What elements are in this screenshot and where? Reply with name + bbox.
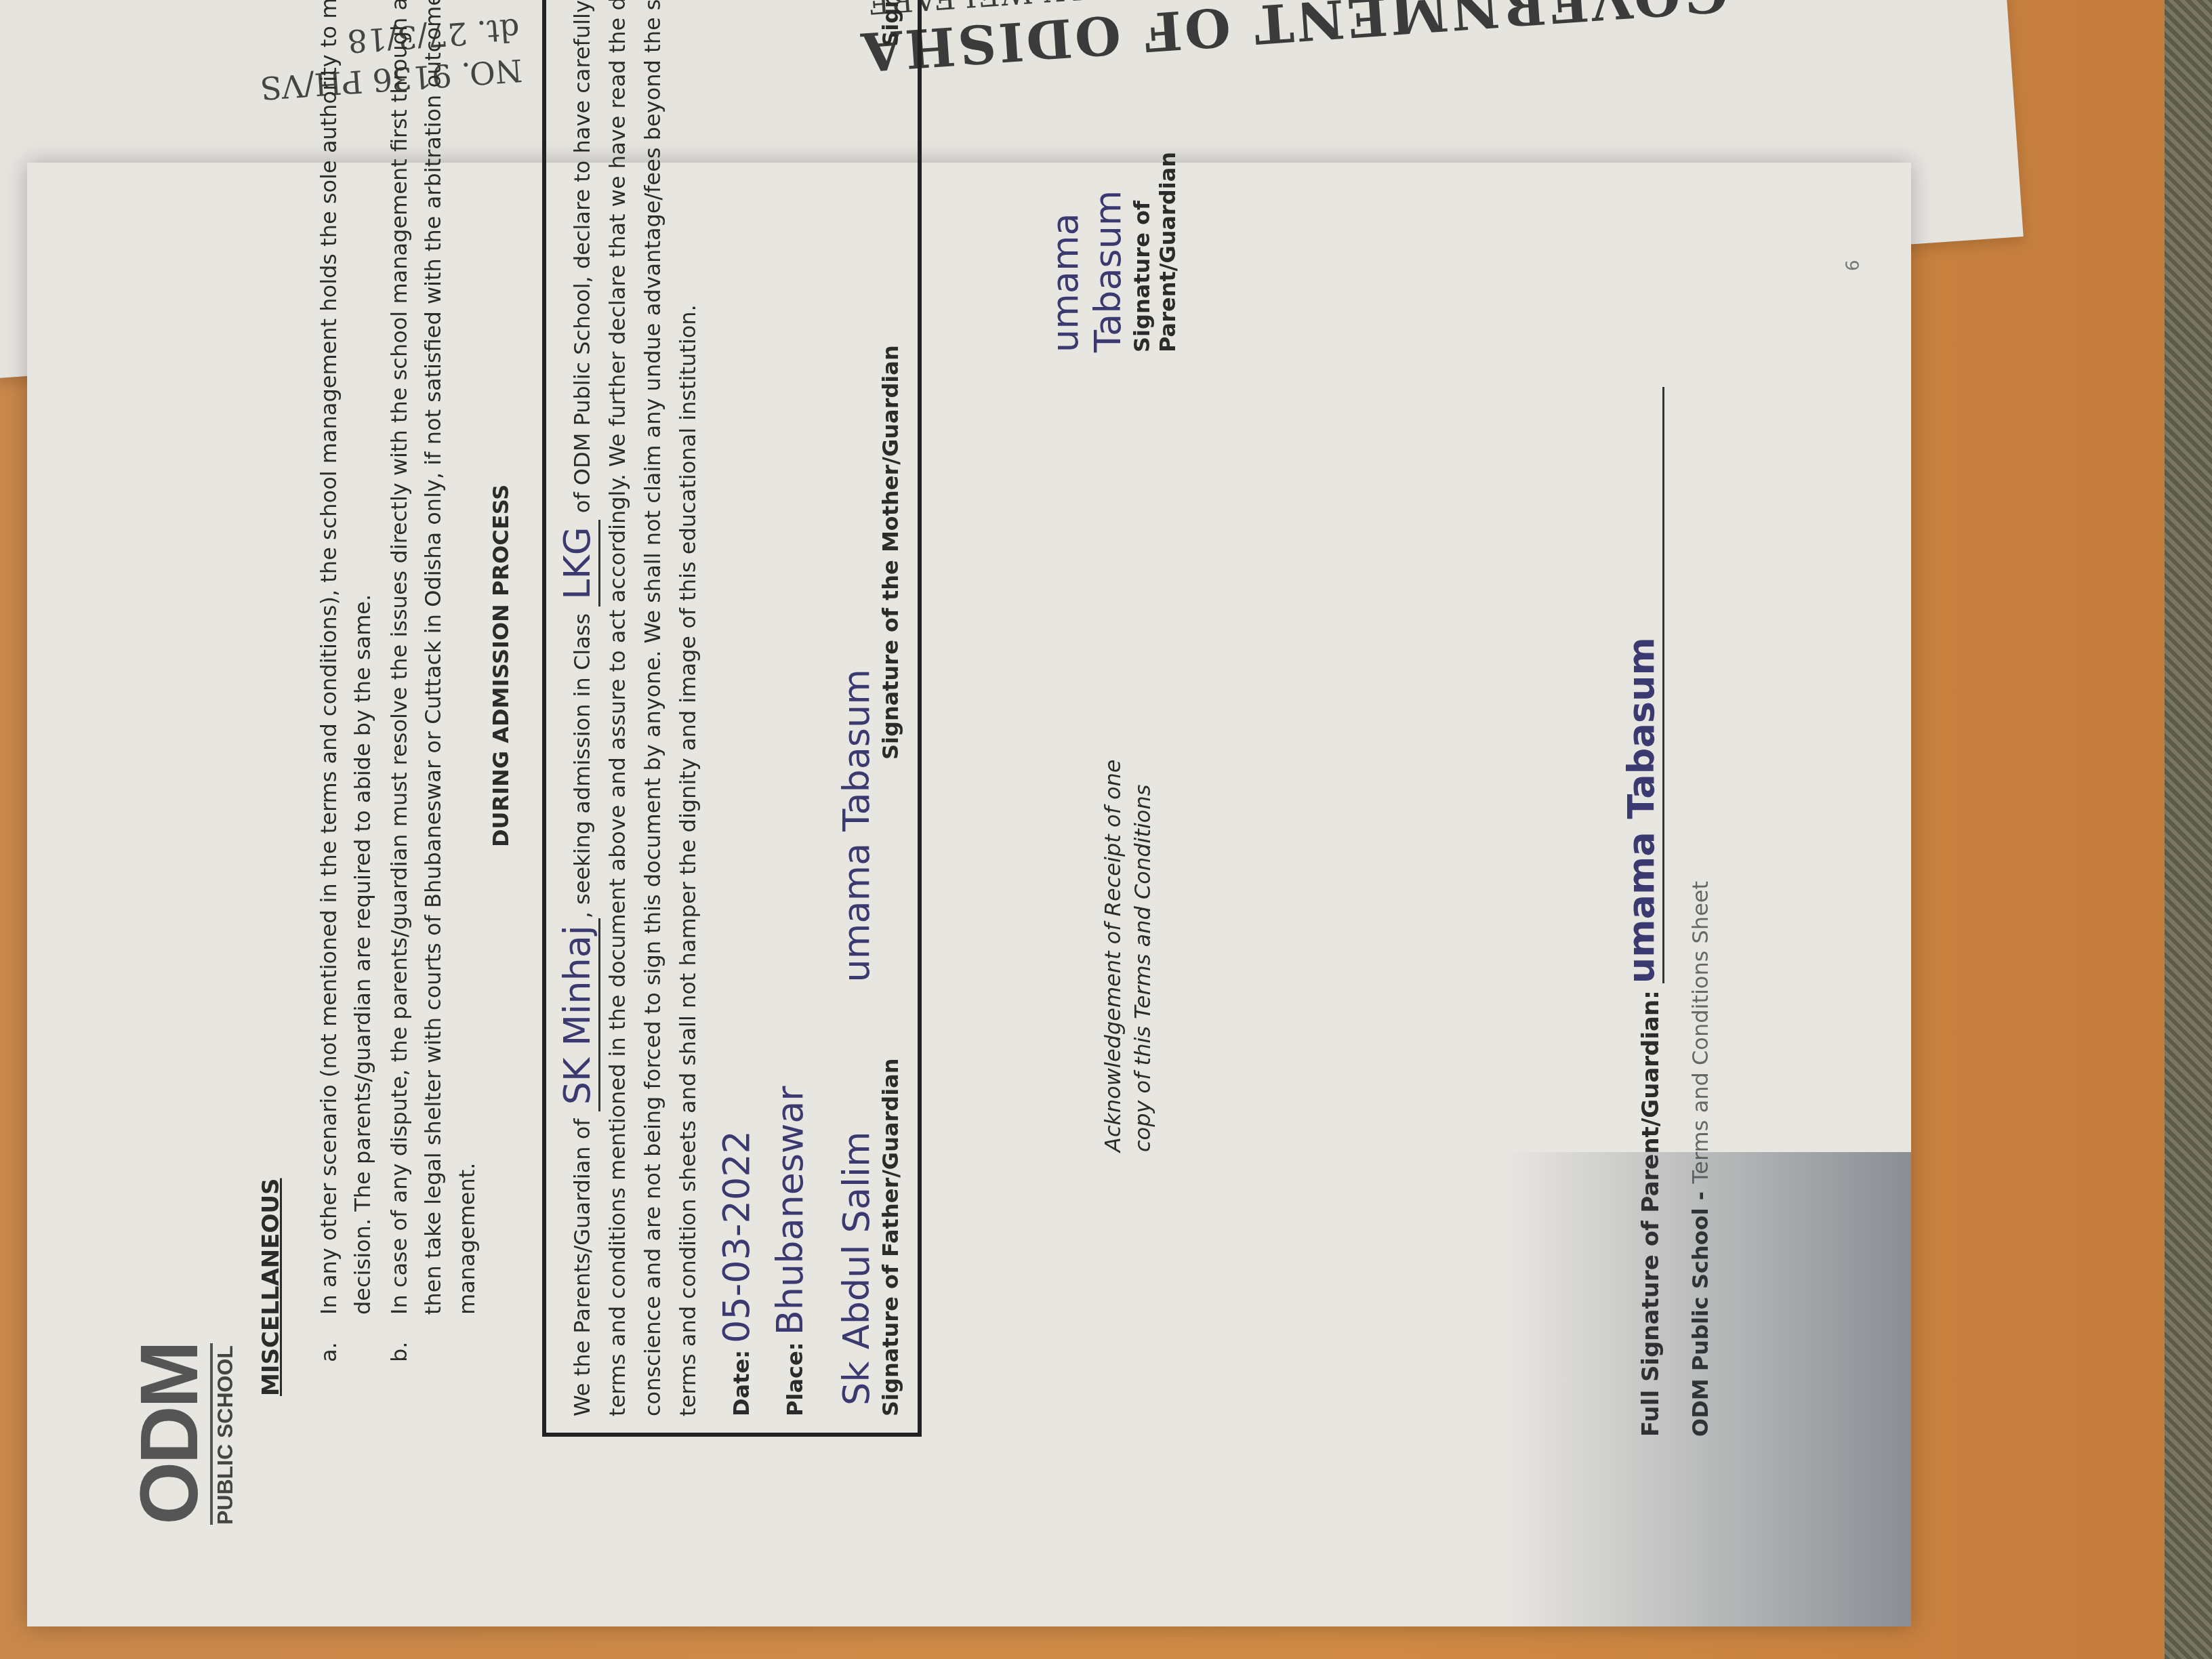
ack-line-2: copy of this Terms and Conditions	[1128, 760, 1158, 1153]
place-row: Place: Bhubaneswar	[773, 0, 813, 1416]
father-signature[interactable]: Sk Abdul Salim	[839, 1131, 874, 1406]
terms-sheet: ODM PUBLIC SCHOOL MISCELLANEOUS a. In an…	[27, 163, 1911, 1626]
date-row: Date: 05-03-2022	[719, 0, 759, 1416]
student-signature-label: Signature of Student	[873, 0, 908, 47]
declaration-prefix: We the Parents/Guardian of	[569, 1118, 595, 1416]
school-logo: ODM PUBLIC SCHOOL	[129, 1343, 238, 1525]
place-field[interactable]: Bhubaneswar	[769, 1086, 811, 1335]
class-field[interactable]: LKG	[556, 520, 600, 606]
misc-heading: MISCELLANEOUS	[258, 1179, 285, 1396]
during-admission-heading: DURING ADMISSION PROCESS	[488, 485, 514, 847]
logo-public-school: PUBLIC SCHOOL	[210, 1343, 238, 1525]
place-label: Place:	[782, 1343, 808, 1416]
signatures-handwritten: Sk Abdul Salim umama Tabasum	[839, 669, 874, 1406]
parent-signature-block: umama Tabasum Signature of Parent/Guardi…	[1044, 152, 1181, 352]
acknowledgement: Acknowledgement of Receipt of one copy o…	[1098, 760, 1158, 1153]
declaration-box: We the Parents/Guardian of SK Minhaj, se…	[542, 0, 922, 1437]
date-field[interactable]: 05-03-2022	[715, 1130, 758, 1343]
footer-doc: Terms and Conditions Sheet	[1687, 881, 1713, 1184]
parent-signature-label: Signature of Parent/Guardian	[1129, 152, 1181, 352]
full-signature-value: umama Tabasum	[1620, 637, 1662, 983]
background-fabric	[2165, 0, 2212, 1659]
logo-odm: ODM	[129, 1343, 210, 1525]
item-text: In case of any dispute, the parents/guar…	[382, 0, 484, 1315]
ack-line-1: Acknowledgement of Receipt of one	[1098, 760, 1128, 1153]
mother-signature-label: Signature of the Mother/Guardian	[873, 345, 908, 760]
full-signature-field[interactable]: umama Tabasum	[1620, 387, 1664, 983]
declaration-mid: seeking admission in Class	[569, 613, 595, 905]
item-label: b.	[382, 1315, 484, 1362]
misc-item: a. In any other scenario (not mentioned …	[312, 0, 380, 1362]
item-label: a.	[312, 1315, 380, 1362]
mother-signature[interactable]: umama Tabasum	[839, 669, 874, 982]
signature-labels: Signature of Father/Guardian Signature o…	[873, 0, 908, 1416]
declaration-text: We the Parents/Guardian of SK Minhaj, se…	[560, 0, 705, 1416]
father-signature-label: Signature of Father/Guardian	[873, 1058, 908, 1416]
parent-signature[interactable]: umama Tabasum	[1044, 152, 1129, 352]
student-name-field[interactable]: SK Minhaj	[556, 918, 600, 1111]
page-number: 6	[1843, 260, 1864, 271]
misc-item: b. In case of any dispute, the parents/g…	[382, 0, 484, 1362]
item-text: In any other scenario (not mentioned in …	[312, 0, 380, 1315]
misc-items: a. In any other scenario (not mentioned …	[312, 0, 487, 1362]
date-label: Date:	[729, 1350, 754, 1416]
hand-shadow	[1504, 1152, 1911, 1626]
